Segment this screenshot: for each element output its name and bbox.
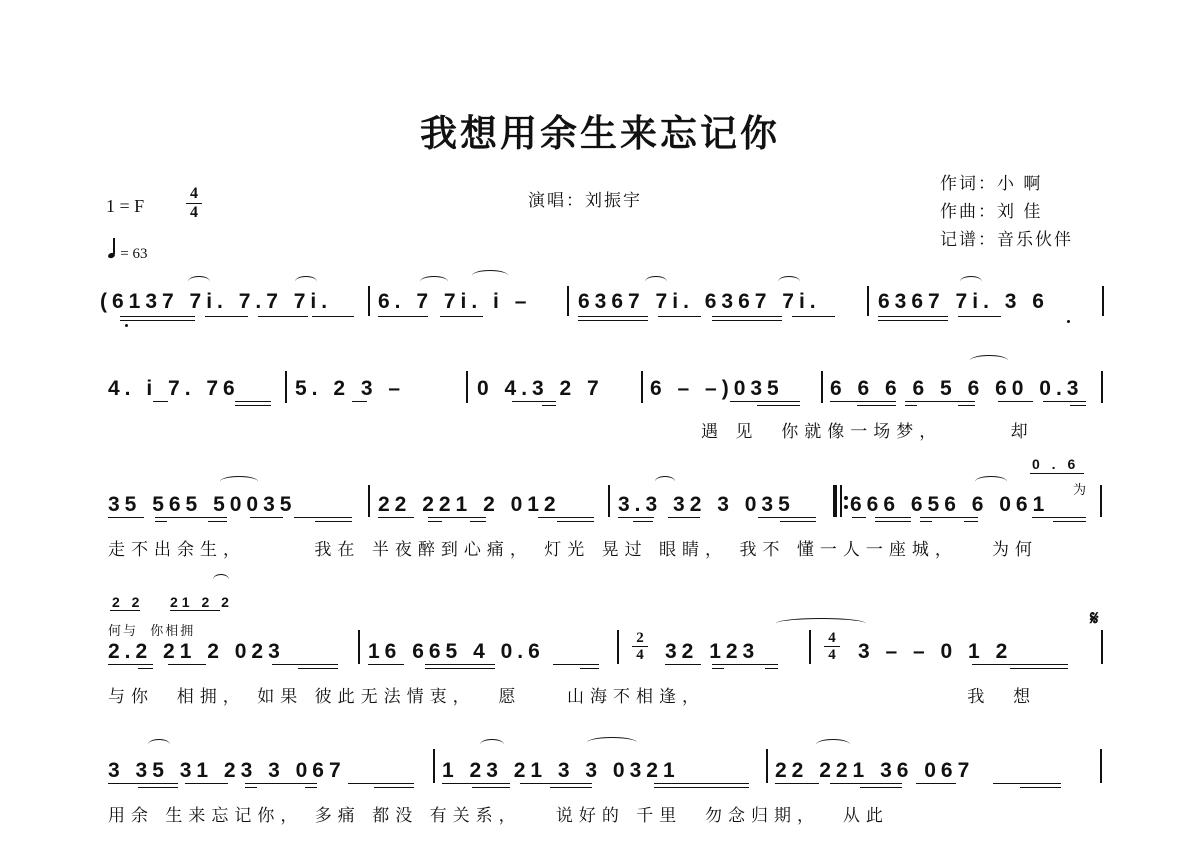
beam xyxy=(294,517,352,518)
measure-group: 1 23 21 3 3 0321 xyxy=(442,759,680,789)
tempo-value: = 63 xyxy=(120,246,147,262)
measure-group: 3.3 32 3 035 xyxy=(618,493,795,523)
beam xyxy=(852,517,866,518)
measure-4-notes: 6367 7i. 3 6 xyxy=(878,290,1049,313)
measure-19-notes: 1 23 21 3 3 0321 xyxy=(442,759,680,782)
beam xyxy=(758,517,816,518)
low-octave-dot xyxy=(1067,320,1070,323)
measure-group: 35 565 50035 xyxy=(108,493,296,523)
measure-10-notes: 35 565 50035 xyxy=(108,493,296,516)
beam xyxy=(830,401,896,402)
beam xyxy=(780,521,816,522)
staff-line-4: 2 2 21 2 2 何与 你相拥 2.2 21 2 023 16 665 4 … xyxy=(100,640,1110,710)
beam xyxy=(235,401,271,402)
measure-group: 0 4.3 2 7 xyxy=(477,377,604,407)
beam xyxy=(138,668,153,669)
beam xyxy=(1070,405,1086,406)
beam xyxy=(352,401,367,402)
beam xyxy=(712,320,782,321)
beam xyxy=(378,316,428,317)
beam xyxy=(312,316,354,317)
beam xyxy=(315,521,352,522)
barline xyxy=(641,371,643,403)
measure-group: 4. i 7. 76 xyxy=(108,377,240,407)
ossia-notes: 21 2 2 xyxy=(170,594,233,610)
beam xyxy=(633,521,653,522)
beam xyxy=(878,320,948,321)
measure-18-notes: 3 35 31 23 3 067 xyxy=(108,759,346,782)
lyrics-line-3: 走不出余生， 我在 半夜醉到心痛， 灯光 晃过 眼睛， 我不 懂一人一座城， 为… xyxy=(108,535,1038,560)
beam xyxy=(792,316,835,317)
beam xyxy=(168,664,206,665)
singer-credit: 演唱：刘振宇 xyxy=(528,186,642,211)
slur xyxy=(188,276,210,287)
beam xyxy=(374,787,414,788)
beam xyxy=(964,521,978,522)
barline xyxy=(1102,286,1104,316)
ossia-lyrics: 何与 你相拥 xyxy=(108,620,195,639)
slur xyxy=(472,270,508,281)
slur xyxy=(960,276,982,287)
beam xyxy=(138,787,178,788)
beam xyxy=(348,783,414,784)
key-signature: 1 = F xyxy=(106,196,144,217)
beam xyxy=(305,787,317,788)
barline xyxy=(433,749,435,783)
slur xyxy=(655,476,675,487)
measure-group: 666 656 6 061 xyxy=(850,493,1049,523)
measure-1-notes: (6137 7i. 7.7 7i. xyxy=(100,290,332,313)
staff-line-1: (6137 7i. 7.7 7i. 6. 7 7i. i – 6367 7i. … xyxy=(100,290,1110,340)
barline xyxy=(567,286,569,316)
beam xyxy=(378,517,414,518)
credits-block: 作词：小 啊 作曲：刘 佳 记谱：音乐伙伴 xyxy=(940,170,1073,254)
beam xyxy=(665,664,701,665)
measure-6-notes: 5. 2 3 – xyxy=(295,377,405,400)
barline xyxy=(766,749,768,783)
beam xyxy=(185,783,228,784)
lyrics-line-4: 与你 相拥， 如果 彼此无法情衷， 愿 山海不相逢， 我 想 xyxy=(108,682,1036,707)
measure-11-notes: 22 221 2 012 xyxy=(378,493,561,516)
measure-12-notes: 3.3 32 3 035 xyxy=(618,493,795,516)
beam xyxy=(905,401,975,402)
beam xyxy=(108,517,144,518)
beam xyxy=(1032,517,1086,518)
slur xyxy=(420,276,448,287)
measure-14-notes: 2.2 21 2 023 xyxy=(108,640,285,663)
barline xyxy=(368,286,370,316)
slur xyxy=(220,476,258,487)
beam xyxy=(857,405,896,406)
beam xyxy=(765,668,778,669)
beam xyxy=(757,405,800,406)
beam xyxy=(472,787,510,788)
measure-17-notes: 3 – – 0 1 2 xyxy=(858,640,1012,663)
beam xyxy=(155,521,167,522)
measure-2-notes: 6. 7 7i. i – xyxy=(378,290,531,313)
measure-9-notes: 6 6 6 6 5 6 60 0.3 xyxy=(830,377,1083,400)
beam xyxy=(108,783,178,784)
barline xyxy=(1101,630,1103,664)
repeat-dot xyxy=(844,496,848,500)
beam xyxy=(250,517,283,518)
beam xyxy=(668,517,700,518)
barline xyxy=(285,371,287,403)
beam xyxy=(875,521,911,522)
barline xyxy=(466,371,468,403)
beam xyxy=(542,405,556,406)
slur xyxy=(975,476,1007,487)
beam xyxy=(712,668,724,669)
tempo-marking: = 63 xyxy=(108,242,147,263)
measure-7-notes: 0 4.3 2 7 xyxy=(477,377,604,400)
time-change-2-4: 2 4 xyxy=(632,630,648,663)
measure-group: 22 221 2 012 xyxy=(378,493,561,523)
barline xyxy=(1100,485,1102,517)
measure-group: 5. 2 3 – xyxy=(295,377,405,407)
time-change-top: 2 xyxy=(632,630,648,646)
time-change-bottom: 4 xyxy=(824,647,840,663)
measure-group: 6 – –)035 xyxy=(650,377,784,407)
measure-group: 32 123 xyxy=(665,640,759,670)
beam xyxy=(428,521,442,522)
measure-group: 3 – – 0 1 2 xyxy=(858,640,1012,670)
beam xyxy=(580,668,599,669)
beam xyxy=(120,320,195,321)
beam xyxy=(1010,668,1068,669)
beam xyxy=(920,517,978,518)
ossia-beam xyxy=(1030,473,1084,474)
beam xyxy=(520,783,592,784)
beam xyxy=(208,521,227,522)
barline xyxy=(821,371,823,403)
measure-group: 3 35 31 23 3 067 xyxy=(108,759,346,789)
ossia-beam xyxy=(110,610,140,611)
beam xyxy=(775,783,819,784)
ossia-beam xyxy=(170,610,220,611)
beam xyxy=(550,787,592,788)
staff-line-3: 35 565 50035 22 221 2 012 3.3 32 3 035 6… xyxy=(100,493,1110,563)
barline xyxy=(608,485,610,517)
measure-15-notes: 16 665 4 0.6 xyxy=(368,640,545,663)
slur xyxy=(295,276,317,287)
beam xyxy=(730,401,800,402)
beam xyxy=(905,405,917,406)
beam xyxy=(153,401,168,402)
measure-3-notes: 6367 7i. 6367 7i. xyxy=(578,290,821,313)
beam xyxy=(916,783,956,784)
composer-credit: 作曲：刘 佳 xyxy=(940,198,1073,226)
beam xyxy=(245,787,257,788)
measure-group: 22 221 36 067 xyxy=(775,759,974,789)
beam xyxy=(557,521,594,522)
beam xyxy=(120,316,195,317)
beam xyxy=(245,783,317,784)
time-change-bottom: 4 xyxy=(632,647,648,663)
barline xyxy=(368,485,370,517)
barline xyxy=(617,630,619,664)
beam xyxy=(578,320,648,321)
transcriber-credit: 记谱：音乐伙伴 xyxy=(940,226,1073,254)
beam xyxy=(1053,521,1086,522)
measure-8-notes: 6 – –)035 xyxy=(650,377,784,400)
beam xyxy=(1043,401,1086,402)
beam xyxy=(860,787,902,788)
time-signature-bottom: 4 xyxy=(186,204,202,222)
beam xyxy=(205,316,248,317)
time-signature: 4 4 xyxy=(186,185,202,222)
repeat-start-thin xyxy=(840,485,842,517)
beam xyxy=(442,783,510,784)
slur xyxy=(778,276,800,287)
beam xyxy=(108,664,153,665)
note-stem xyxy=(113,238,115,254)
measure-group: 6 6 6 6 5 6 60 0.3 xyxy=(830,377,1083,407)
beam xyxy=(972,664,1068,665)
beam xyxy=(235,405,271,406)
beam xyxy=(1020,787,1061,788)
slur xyxy=(480,739,504,750)
slur xyxy=(816,739,850,750)
beam xyxy=(368,664,404,665)
beam xyxy=(920,521,932,522)
ossia-lyric: 为 xyxy=(1073,479,1088,498)
beam xyxy=(878,316,948,317)
beam xyxy=(712,664,778,665)
barline xyxy=(867,286,869,316)
beam xyxy=(428,517,486,518)
beam xyxy=(875,517,911,518)
barline xyxy=(809,630,811,664)
beam xyxy=(298,668,338,669)
slur xyxy=(587,737,637,748)
slur xyxy=(148,739,170,750)
beam xyxy=(830,783,902,784)
repeat-start-thick xyxy=(833,485,837,517)
slur xyxy=(645,276,667,287)
slur xyxy=(970,355,1008,366)
measure-20-notes: 22 221 36 067 xyxy=(775,759,974,782)
beam xyxy=(993,783,1061,784)
ossia-notes: 0 . 6 xyxy=(1032,456,1079,472)
staff-line-2: 4. i 7. 76 5. 2 3 – 0 4.3 2 7 6 – –)035 … xyxy=(100,377,1110,447)
time-change-top: 4 xyxy=(824,630,840,646)
beam xyxy=(998,401,1033,402)
low-octave-dot xyxy=(125,324,128,327)
measure-group: 16 665 4 0.6 xyxy=(368,640,545,670)
barline xyxy=(1101,371,1103,403)
barline xyxy=(1100,749,1102,783)
measure-16-notes: 32 123 xyxy=(665,640,759,663)
staff-line-5: 3 35 31 23 3 067 1 23 21 3 3 0321 22 221… xyxy=(100,759,1110,829)
beam xyxy=(258,316,308,317)
beam xyxy=(440,316,483,317)
time-change-4-4: 4 4 xyxy=(824,630,840,663)
beam xyxy=(538,517,594,518)
slur xyxy=(776,618,866,629)
beam xyxy=(958,316,1001,317)
barline xyxy=(358,630,360,664)
beam xyxy=(618,517,654,518)
song-title: 我想用余生来忘记你 xyxy=(0,103,1200,157)
measure-13-notes: 666 656 6 061 xyxy=(850,493,1049,516)
beam xyxy=(425,664,495,665)
beam xyxy=(654,783,749,784)
time-signature-top: 4 xyxy=(186,185,202,203)
lyrics-line-2: 遇 见 你就像一场梦， 却 xyxy=(108,417,1034,442)
beam xyxy=(553,664,599,665)
measure-group: 2.2 21 2 023 xyxy=(108,640,285,670)
beam xyxy=(512,401,556,402)
segno-icon: 𝄋 xyxy=(1090,606,1099,630)
beam xyxy=(470,521,486,522)
beam xyxy=(272,664,338,665)
ossia-notes: 2 2 xyxy=(112,594,143,610)
beam xyxy=(712,316,782,317)
beam xyxy=(958,405,975,406)
repeat-dot xyxy=(844,505,848,509)
lyricist-credit: 作词：小 啊 xyxy=(940,170,1073,198)
beam xyxy=(425,668,495,669)
beam xyxy=(155,517,227,518)
measure-5-notes: 4. i 7. 76 xyxy=(108,377,240,400)
beam xyxy=(658,316,701,317)
slur xyxy=(213,574,229,585)
beam xyxy=(578,316,648,317)
lyrics-line-5: 用余 生来忘记你， 多痛 都没 有关系， 说好的 千里 勿念归期， 从此 xyxy=(108,801,889,826)
beam xyxy=(654,787,749,788)
